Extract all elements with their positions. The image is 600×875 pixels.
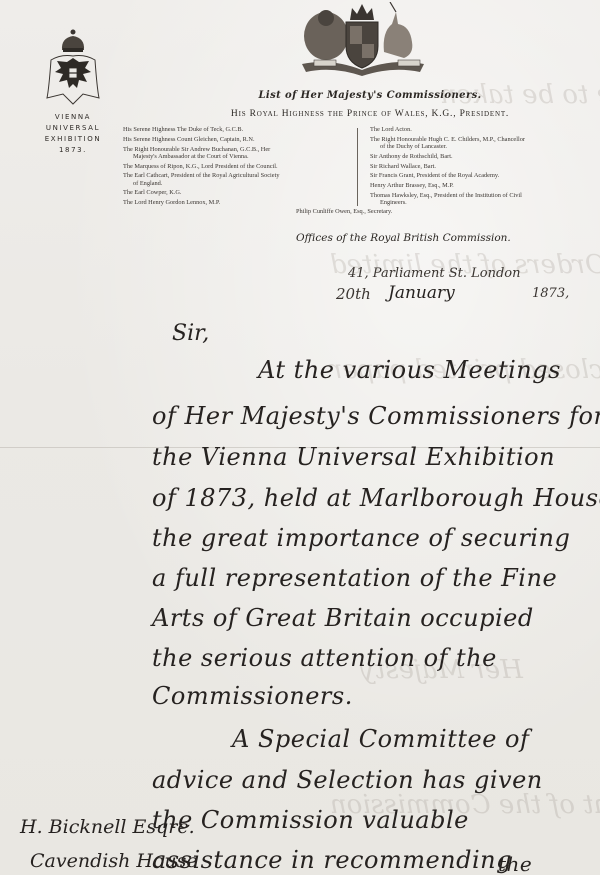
royal-coat-of-arms-icon	[292, 2, 432, 77]
commissioner-entry: Sir Richard Wallace, Bart.	[370, 163, 580, 170]
commissioner-title: Engineers.	[370, 199, 580, 206]
commissioner-entry: The Earl Cowper, K.G.	[123, 189, 303, 196]
body-line: Commissioners.	[152, 682, 353, 710]
salutation: Sir,	[172, 321, 209, 346]
commissioner-entry: Henry Arthur Brassey, Esq., M.P.	[370, 182, 580, 189]
body-line: the Vienna Universal Exhibition	[152, 443, 555, 471]
commissioner-entry: The Earl Cathcart, President of the Roya…	[123, 172, 303, 186]
date-day: 20th	[336, 285, 371, 303]
body-line: At the various Meetings	[258, 356, 561, 384]
body-line: the serious attention of the	[152, 644, 497, 672]
caption-line: VIENNA	[33, 112, 113, 123]
commissioner-title: of England.	[123, 180, 303, 187]
commissioners-left-column: His Serene Highness The Duke of Teck, G.…	[123, 126, 303, 209]
commissioner-name: The Lord Henry Gordon Lennox, M.P.	[123, 199, 220, 206]
commissioner-name: His Serene Highness The Duke of Teck, G.…	[123, 126, 243, 133]
body-line: advice and Selection has given	[152, 766, 543, 794]
commissioner-name: The Right Honourable Sir Andrew Buchanan…	[123, 146, 270, 153]
commissioner-entry: Sir Anthony de Rothschild, Bart.	[370, 153, 580, 160]
recipient-name: H. Bicknell Esqre.	[20, 816, 195, 838]
body-line: the Commission valuable	[152, 806, 469, 834]
commissioner-title: Majesty's Ambassador at the Court of Vie…	[123, 153, 303, 160]
commissioner-entry: The Right Honourable Sir Andrew Buchanan…	[123, 146, 303, 160]
commissioner-entry: The Right Honourable Hugh C. E. Childers…	[370, 136, 580, 150]
commissioner-name: The Right Honourable Hugh C. E. Childers…	[370, 136, 525, 143]
body-line: the	[498, 852, 532, 875]
body-line: a full representation of the Fine	[152, 564, 557, 592]
commissioner-entry: The Marquess of Ripon, K.G., Lord Presid…	[123, 163, 303, 170]
body-line: assistance in recommending	[152, 846, 512, 874]
commissioner-entry: Sir Francis Grant, President of the Roya…	[370, 172, 580, 179]
commissioner-name: Sir Francis Grant, President of the Roya…	[370, 172, 499, 179]
sender-address: 41, Parliament St. London	[348, 266, 521, 281]
commissioner-entry: The Lord Acton.	[370, 126, 580, 133]
caption-line: 1873.	[33, 145, 113, 156]
body-line: of Her Majesty's Commissioners for	[152, 402, 600, 430]
commissioner-title: of the Duchy of Lancaster.	[370, 143, 580, 150]
commissioner-name: Sir Anthony de Rothschild, Bart.	[370, 153, 453, 160]
exhibition-crest-block: VIENNA UNIVERSAL EXHIBITION 1873.	[33, 28, 113, 156]
recipient-house: Cavendish House	[30, 850, 198, 872]
commissioner-entry: His Serene Highness The Duke of Teck, G.…	[123, 126, 303, 133]
commissioners-list-title: List of Her Majesty's Commissioners.	[250, 90, 490, 101]
date-year: 1873,	[532, 286, 569, 301]
commissioner-name: Sir Richard Wallace, Bart.	[370, 163, 436, 170]
offices-heading: Offices of the Royal British Commission.	[296, 232, 511, 244]
caption-line: EXHIBITION	[33, 134, 113, 145]
body-line: of 1873, held at Marlborough House,	[152, 484, 600, 512]
secretary-line: Philip Cunliffe Owen, Esq., Secretary.	[296, 208, 392, 215]
body-line: the great importance of securing	[152, 524, 570, 552]
column-divider	[357, 128, 358, 206]
commissioner-name: The Earl Cowper, K.G.	[123, 189, 182, 196]
body-line: A Special Committee of	[232, 725, 529, 753]
commissioner-entry: The Lord Henry Gordon Lennox, M.P.	[123, 199, 303, 206]
austrian-double-eagle-crest-icon	[45, 28, 101, 106]
president-line: His Royal Highness the Prince of Wales, …	[200, 109, 540, 119]
body-line: Arts of Great Britain occupied	[152, 604, 534, 632]
commissioner-name: Henry Arthur Brassey, Esq., M.P.	[370, 182, 454, 189]
exhibition-caption: VIENNA UNIVERSAL EXHIBITION 1873.	[33, 112, 113, 156]
commissioner-name: Thomas Hawksley, Esq., President of the …	[370, 192, 522, 199]
commissioner-entry: Thomas Hawksley, Esq., President of the …	[370, 192, 580, 206]
caption-line: UNIVERSAL	[33, 123, 113, 134]
commissioners-right-column: The Lord Acton. The Right Honourable Hug…	[370, 126, 580, 209]
commissioner-entry: His Serene Highness Count Gleichen, Capt…	[123, 136, 303, 143]
commissioner-name: The Lord Acton.	[370, 126, 412, 133]
commissioner-name: The Earl Cathcart, President of the Roya…	[123, 172, 280, 179]
commissioner-name: The Marquess of Ripon, K.G., Lord Presid…	[123, 163, 278, 170]
date-month: January	[388, 283, 455, 303]
commissioner-name: His Serene Highness Count Gleichen, Capt…	[123, 136, 255, 143]
